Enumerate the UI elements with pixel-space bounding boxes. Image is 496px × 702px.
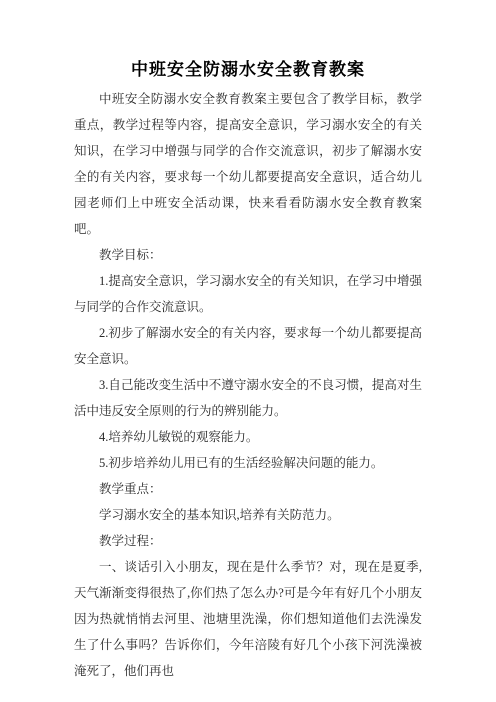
heading-teaching-focus: 教学重点： — [74, 476, 422, 502]
goal-item-4: 4.培养幼儿敏锐的观察能力。 — [74, 424, 422, 450]
document-title: 中班安全防溺水安全教育教案 — [0, 0, 496, 83]
process-step-1: 一、谈话引入小朋友，现在是什么季节？对，现在是夏季,天气渐渐变得很热了,你们热了… — [74, 554, 422, 684]
goal-item-2: 2.初步了解溺水安全的有关内容，要求每一个幼儿都要提高安全意识。 — [74, 320, 422, 372]
focus-text: 学习溺水安全的基本知识,培养有关防范力。 — [74, 502, 422, 528]
document-page: 中班安全防溺水安全教育教案 中班安全防溺水安全教育教案主要包含了教学目标，教学重… — [0, 0, 496, 702]
heading-teaching-goals: 教学目标： — [74, 242, 422, 268]
goal-item-1: 1.提高安全意识，学习溺水安全的有关知识，在学习中增强与同学的合作交流意识。 — [74, 268, 422, 320]
goal-item-5: 5.初步培养幼儿用已有的生活经验解决问题的能力。 — [74, 450, 422, 476]
document-body: 中班安全防溺水安全教育教案主要包含了教学目标，教学重点，教学过程等内容，提高安全… — [74, 86, 422, 684]
goal-item-3: 3.自己能改变生活中不遵守溺水安全的不良习惯，提高对生活中违反安全原则的行为的辨… — [74, 372, 422, 424]
heading-teaching-process: 教学过程： — [74, 528, 422, 554]
paragraph-intro: 中班安全防溺水安全教育教案主要包含了教学目标，教学重点，教学过程等内容，提高安全… — [74, 86, 422, 242]
